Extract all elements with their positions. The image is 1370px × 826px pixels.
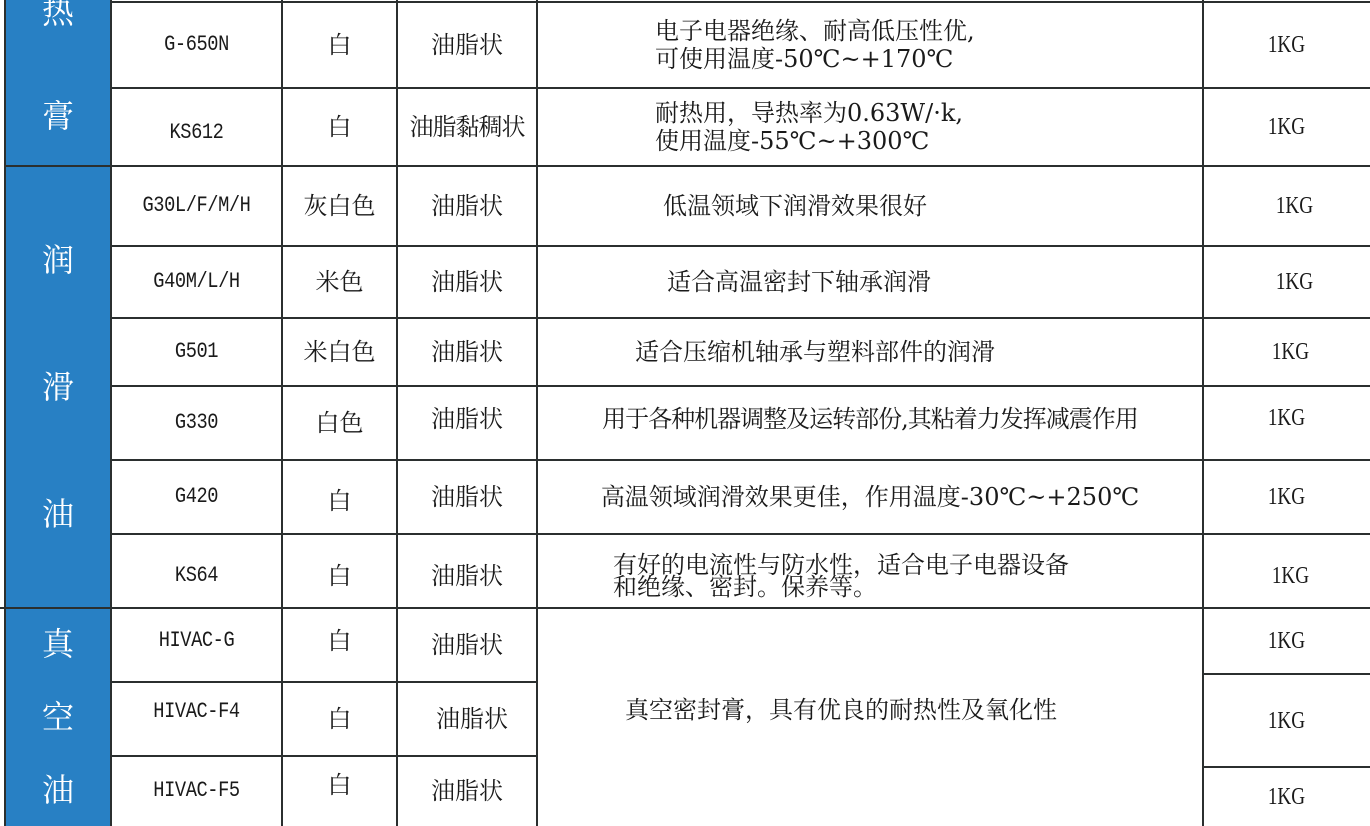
form-cell: 油脂状 bbox=[397, 386, 537, 460]
quantity-cell: 1KG bbox=[1220, 608, 1354, 674]
color-cell: 白 bbox=[282, 534, 397, 608]
color-cell: 白 bbox=[282, 2, 397, 88]
form-cell: 油脂状 bbox=[397, 460, 537, 534]
form-cell: 油脂状 bbox=[397, 682, 537, 756]
model-cell: G501 bbox=[124, 318, 269, 386]
quantity-cell: 1KG bbox=[1220, 674, 1354, 767]
description-line: 可使用温度-50℃~+170℃ bbox=[655, 45, 953, 73]
category-char: 滑 bbox=[42, 374, 74, 400]
product-table: 热 膏 润 滑 油 真 空 油 G-650N 白 油脂状 电子电器绝缘、耐高低压… bbox=[0, 0, 1370, 826]
grid-line bbox=[1202, 766, 1370, 768]
grid-line bbox=[4, 0, 6, 826]
category-char: 膏 bbox=[42, 103, 74, 129]
grid-line bbox=[4, 165, 1370, 167]
grid-line bbox=[0, 607, 1370, 609]
grid-line bbox=[110, 681, 538, 683]
description-cell: 耐热用，导热率为0.63W/·k, 使用温度-55℃~+300℃ bbox=[537, 88, 1203, 166]
category-char: 油 bbox=[42, 501, 74, 527]
category-lubricating-oil: 润 滑 油 bbox=[5, 166, 111, 608]
description-cell: 低温领域下润滑效果很好 bbox=[537, 166, 1203, 246]
grid-line bbox=[281, 0, 283, 826]
grid-line bbox=[1202, 673, 1370, 675]
color-cell: 白 bbox=[282, 608, 397, 682]
quantity-cell: 1KG bbox=[1220, 318, 1354, 386]
quantity-cell: 1KG bbox=[1220, 534, 1354, 608]
description-cell: 适合高温密封下轴承润滑 bbox=[537, 246, 1203, 318]
grid-line bbox=[1202, 0, 1204, 826]
grid-line bbox=[110, 317, 1370, 319]
model-cell: G420 bbox=[124, 460, 269, 534]
grid-line bbox=[396, 0, 398, 826]
color-cell: 白色 bbox=[282, 386, 397, 460]
quantity-cell: 1KG bbox=[1220, 88, 1354, 166]
grid-line bbox=[110, 0, 112, 826]
category-char: 润 bbox=[42, 247, 74, 273]
description-cell: 有好的电流性与防水性，适合电子电器设备 和绝缘、密封。保养等。 bbox=[537, 534, 1203, 608]
form-cell: 油脂状 bbox=[397, 166, 537, 246]
form-cell: 油脂状 bbox=[397, 756, 537, 826]
grid-line bbox=[110, 1, 1370, 3]
grid-line bbox=[536, 0, 538, 826]
model-cell: KS64 bbox=[124, 534, 269, 608]
description-cell: 适合压缩机轴承与塑料部件的润滑 bbox=[537, 318, 1203, 386]
model-cell: HIVAC-F4 bbox=[124, 682, 269, 756]
color-cell: 灰白色 bbox=[282, 166, 397, 246]
form-cell: 油脂状 bbox=[397, 318, 537, 386]
color-cell: 白 bbox=[282, 460, 397, 534]
model-cell: G330 bbox=[124, 386, 269, 460]
category-char: 空 bbox=[42, 704, 74, 730]
category-char: 热 bbox=[42, 0, 74, 25]
form-cell: 油脂状 bbox=[397, 534, 537, 608]
description-line: 和绝缘、密封。保养等。 bbox=[613, 576, 877, 598]
category-vacuum-oil: 真 空 油 bbox=[5, 608, 111, 826]
form-cell: 油脂状 bbox=[397, 2, 537, 88]
category-thermal-paste: 热 膏 bbox=[5, 0, 111, 168]
model-cell: KS612 bbox=[124, 88, 269, 166]
description-cell: 高温领域润滑效果更佳，作用温度-30℃~+250℃ bbox=[537, 460, 1203, 534]
quantity-cell: 1KG bbox=[1220, 767, 1354, 826]
description-line: 耐热用，导热率为0.63W/·k, bbox=[655, 99, 963, 127]
category-char: 真 bbox=[42, 631, 74, 657]
form-cell: 油脂黏稠状 bbox=[397, 88, 537, 166]
category-char: 油 bbox=[42, 777, 74, 803]
description-cell: 用于各种机器调整及运转部份,其粘着力发挥减震作用 bbox=[537, 386, 1203, 460]
quantity-cell: 1KG bbox=[1220, 2, 1354, 88]
quantity-cell: 1KG bbox=[1220, 460, 1354, 534]
model-cell: HIVAC-G bbox=[124, 608, 269, 682]
grid-line bbox=[110, 459, 1370, 461]
form-cell: 油脂状 bbox=[397, 608, 537, 682]
color-cell: 米白色 bbox=[282, 318, 397, 386]
description-line: 电子电器绝缘、耐高低压性优, bbox=[655, 17, 975, 45]
grid-line bbox=[110, 385, 1370, 387]
model-cell: HIVAC-F5 bbox=[124, 756, 269, 826]
grid-line bbox=[110, 245, 1370, 247]
color-cell: 白 bbox=[282, 682, 397, 756]
description-cell: 电子电器绝缘、耐高低压性优, 可使用温度-50℃~+170℃ bbox=[537, 2, 1203, 88]
quantity-cell: 1KG bbox=[1220, 386, 1354, 460]
form-cell: 油脂状 bbox=[397, 246, 537, 318]
grid-line bbox=[110, 755, 538, 757]
model-cell: G40M/L/H bbox=[124, 246, 269, 318]
grid-line bbox=[110, 87, 1370, 89]
color-cell: 白 bbox=[282, 88, 397, 166]
quantity-cell: 1KG bbox=[1220, 166, 1354, 246]
vacuum-description-cell: 真空密封膏，具有优良的耐热性及氧化性 bbox=[537, 608, 1203, 826]
model-cell: G-650N bbox=[124, 2, 269, 88]
description-line: 使用温度-55℃~+300℃ bbox=[655, 127, 929, 155]
grid-line bbox=[110, 533, 1370, 535]
color-cell: 米色 bbox=[282, 246, 397, 318]
color-cell: 白 bbox=[282, 756, 397, 826]
quantity-cell: 1KG bbox=[1220, 246, 1354, 318]
model-cell: G30L/F/M/H bbox=[124, 166, 269, 246]
